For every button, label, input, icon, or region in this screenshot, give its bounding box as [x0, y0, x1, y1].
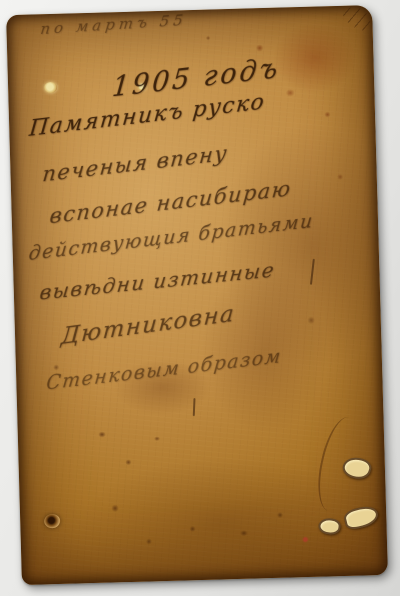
pencil-stroke-mark	[193, 398, 196, 416]
handwriting-line-6: Дютниковна	[60, 300, 236, 350]
bottom-right-tear-damage	[318, 517, 342, 535]
top-scribble: по мартъ 55	[40, 11, 188, 38]
top-right-fold-crease	[324, 7, 371, 42]
pale-damage-spot	[44, 82, 57, 93]
handwriting-line-2: печеныя впену	[41, 141, 229, 187]
pencil-stroke-mark	[310, 259, 315, 285]
scanner-background: по мартъ 55 1905 годъ Памятникъ руско пе…	[0, 0, 400, 596]
red-pigment-speck	[303, 537, 308, 542]
top-left-corner-bend	[6, 14, 41, 41]
photo-card-back: по мартъ 55 1905 годъ Памятникъ руско пе…	[6, 5, 388, 585]
handwriting-line-5: вывѣдни изтинные	[38, 257, 276, 304]
handwriting-line-7: Стенковым образом	[45, 345, 283, 395]
bottom-right-tear-damage	[342, 504, 380, 531]
bottom-left-hole-damage	[44, 514, 60, 528]
